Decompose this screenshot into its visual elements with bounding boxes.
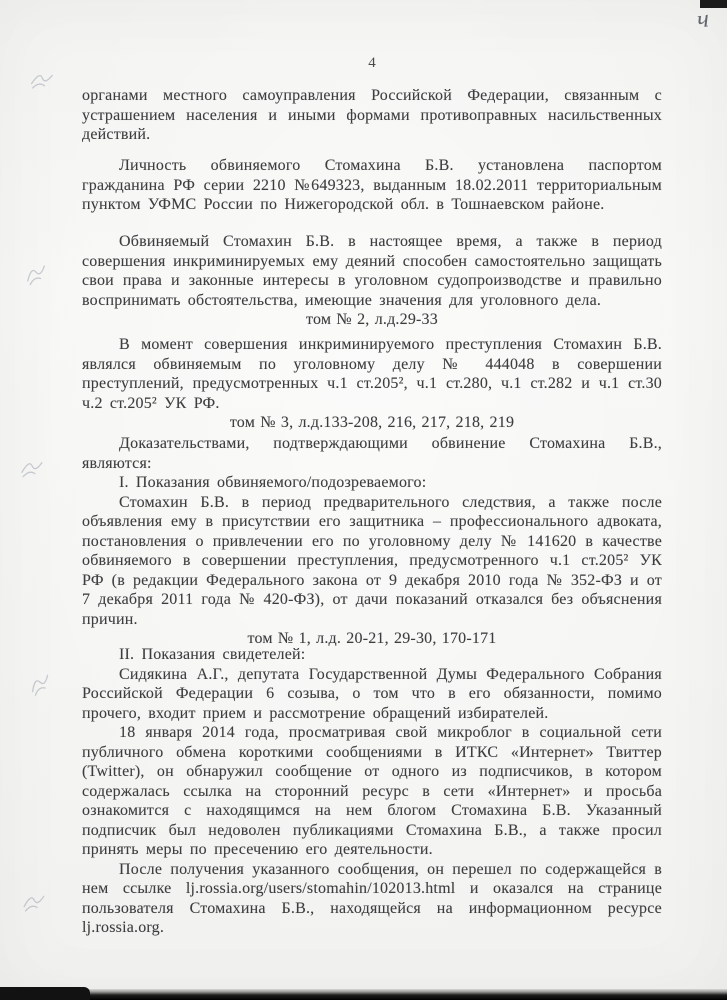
paragraph: В момент совершения инкриминируемого пре… [82, 335, 662, 413]
scan-edge-bottom [0, 989, 727, 1000]
paragraph: После получения указанного сообщения, он… [82, 860, 662, 938]
scanned-document-page: ч 4 органами местного самоуправления Рос… [0, 0, 727, 1000]
volume-reference: том № 3, л.д.133-208, 216, 217, 218, 219 [82, 413, 662, 433]
volume-reference: том № 2, л.д.29-33 [82, 310, 662, 330]
paragraph: 18 января 2014 года, просматривая свой м… [82, 723, 662, 860]
text-block: II. Показания свидетелей: Сидякина А.Г.,… [82, 645, 662, 938]
text-block: Обвиняемый Стомахин Б.В. в настоящее вре… [82, 232, 662, 330]
section-heading: II. Показания свидетелей: [82, 645, 662, 665]
text-block: В момент совершения инкриминируемого пре… [82, 335, 662, 433]
text-block: Личность обвиняемого Стомахина Б.В. уста… [82, 156, 662, 215]
margin-smudge [22, 257, 49, 289]
paragraph: Доказательствами, подтверждающими обвине… [82, 434, 662, 473]
margin-smudge [20, 884, 48, 917]
section-heading: I. Показания обвиняемого/подозреваемого: [82, 473, 662, 493]
page-number: 4 [82, 55, 662, 72]
paragraph: Сидякина А.Г., депутата Государственной … [82, 665, 662, 724]
text-block: органами местного самоуправления Российс… [82, 86, 662, 145]
scan-edge-bottom-left [0, 987, 90, 1000]
text-block: Доказательствами, подтверждающими обвине… [82, 434, 662, 649]
margin-smudge [25, 666, 55, 700]
paragraph: Стомахин Б.В. в период предварительного … [82, 493, 662, 630]
handwritten-mark: ч [696, 5, 709, 35]
margin-smudge [18, 450, 47, 484]
paragraph: Обвиняемый Стомахин Б.В. в настоящее вре… [82, 232, 662, 310]
paragraph: Личность обвиняемого Стомахина Б.В. уста… [82, 156, 662, 215]
margin-smudge [27, 62, 58, 97]
paragraph: органами местного самоуправления Российс… [82, 86, 662, 145]
